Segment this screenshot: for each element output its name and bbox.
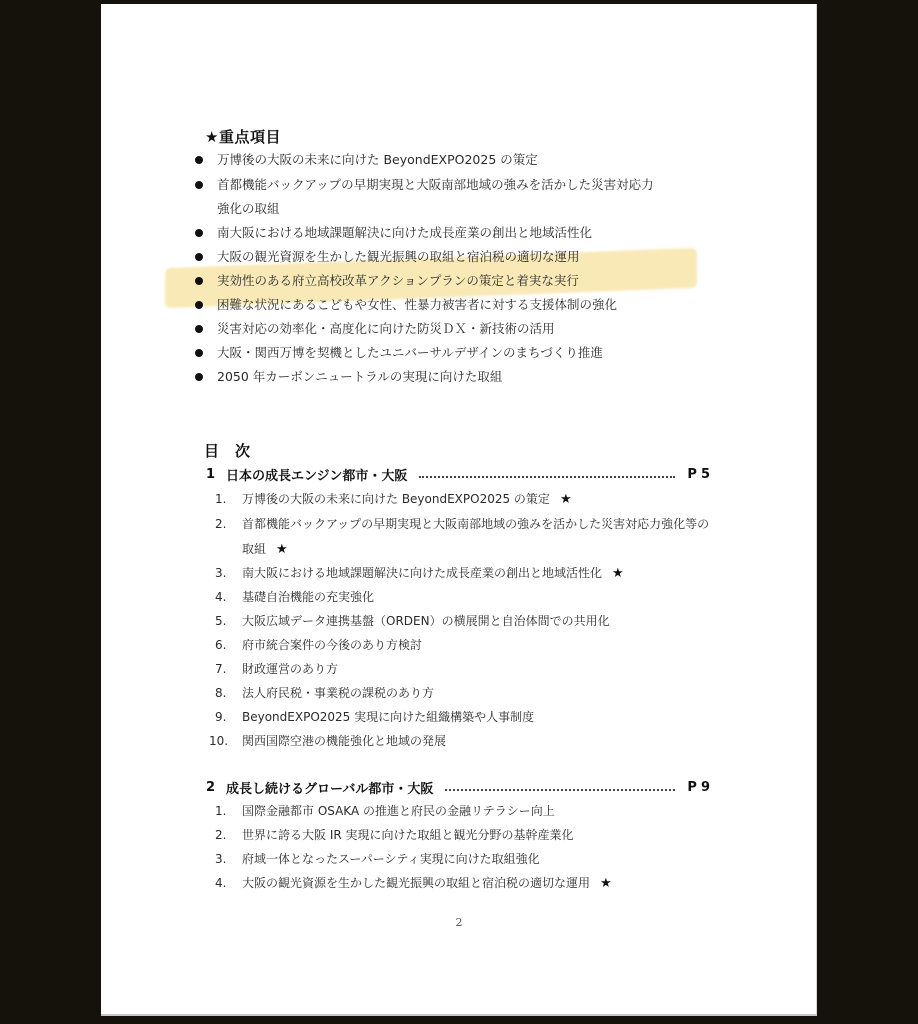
item-text: 世界に誇る大阪 IR 実現に向けた取組と観光分野の基幹産業化 (242, 828, 574, 842)
key-item-text: 困難な状況にあるこどもや女性、性暴力被害者に対する支援体制の強化 (217, 297, 617, 312)
item-text: 基礎自治機能の充実強化 (242, 590, 374, 604)
key-item-highlighted: 実効性のある府立高校改革アクションプランの策定と着実な実行 (217, 273, 579, 289)
item-text: 関西国際空港の機能強化と地域の発展 (242, 734, 446, 748)
key-item: 南大阪における地域課題解決に向けた成長産業の創出と地域活性化 (217, 225, 592, 241)
bullet-icon (195, 349, 203, 357)
chapter-title: 日本の成長エンジン都市・大阪 (226, 465, 407, 484)
item-text: 万博後の大阪の未来に向けた BeyondEXPO2025 の策定 (242, 492, 550, 506)
key-item-text: 万博後の大阪の未来に向けた BeyondEXPO2025 の策定 (217, 152, 538, 167)
document-page: ★重点項目 万博後の大阪の未来に向けた BeyondEXPO2025 の策定 首… (101, 4, 817, 1016)
key-item-text: 強化の取組 (217, 201, 280, 216)
item-number: 9. (215, 709, 242, 725)
page-number: 2 (101, 916, 817, 929)
toc-item[interactable]: 2.世界に誇る大阪 IR 実現に向けた取組と観光分野の基幹産業化 (215, 827, 574, 843)
item-number: 4. (215, 875, 242, 891)
toc-chapter-2[interactable]: 2 成長し続けるグローバル都市・大阪 P9 (206, 778, 714, 797)
item-text: 財政運営のあり方 (242, 662, 338, 676)
toc-item[interactable]: 10.関西国際空港の機能強化と地域の発展 (215, 733, 446, 749)
key-item: 2050 年カーボンニュートラルの実現に向けた取組 (217, 369, 502, 385)
bullet-icon (195, 373, 203, 381)
toc-item[interactable]: 5.大阪広域データ連携基盤（ORDEN）の横展開と自治体間での共用化 (215, 613, 610, 629)
item-text: 府域一体となったスーパーシティ実現に向けた取組強化 (242, 852, 540, 866)
toc-item[interactable]: 9.BeyondEXPO2025 実現に向けた組織構築や人事制度 (215, 709, 534, 725)
star-icon: ★ (600, 876, 612, 891)
leader-dots (445, 789, 675, 791)
item-number: 3. (215, 851, 242, 867)
item-number: 2. (215, 827, 242, 843)
item-text: 国際金融都市 OSAKA の推進と府民の金融リテラシー向上 (242, 804, 555, 818)
toc-item[interactable]: 3.南大阪における地域課題解決に向けた成長産業の創出と地域活性化★ (215, 565, 624, 582)
key-item: 困難な状況にあるこどもや女性、性暴力被害者に対する支援体制の強化 (217, 297, 617, 313)
key-item-text: 南大阪における地域課題解決に向けた成長産業の創出と地域活性化 (217, 225, 592, 240)
star-icon: ★ (612, 566, 624, 581)
key-item-text: 2050 年カーボンニュートラルの実現に向けた取組 (217, 369, 502, 384)
toc-item[interactable]: 1.国際金融都市 OSAKA の推進と府民の金融リテラシー向上 (215, 803, 555, 819)
item-text: 法人府民税・事業税の課税のあり方 (242, 686, 434, 700)
key-item: 大阪・関西万博を契機としたユニバーサルデザインのまちづくり推進 (217, 345, 603, 361)
bullet-icon (195, 156, 203, 164)
key-item-continuation: 強化の取組 (217, 201, 280, 217)
key-item: 大阪の観光資源を生かした観光振興の取組と宿泊税の適切な運用 (217, 249, 580, 265)
bullet-icon (195, 181, 203, 189)
item-number: 4. (215, 589, 242, 605)
bullet-icon (195, 229, 203, 237)
item-number: 3. (215, 565, 242, 581)
toc-item[interactable]: 6.府市統合案件の今後のあり方検討 (215, 637, 422, 653)
bullet-icon (195, 325, 203, 333)
item-text: 大阪広域データ連携基盤（ORDEN）の横展開と自治体間での共用化 (242, 614, 610, 628)
key-item-text: 災害対応の効率化・高度化に向けた防災ＤＸ・新技術の活用 (217, 321, 555, 336)
key-item-text: 大阪の観光資源を生かした観光振興の取組と宿泊税の適切な運用 (217, 249, 580, 264)
item-text: 大阪の観光資源を生かした観光振興の取組と宿泊税の適切な運用 (242, 876, 590, 890)
key-item: 首都機能バックアップの早期実現と大阪南部地域の強みを活かした災害対応力 (217, 177, 654, 193)
key-item-text: 首都機能バックアップの早期実現と大阪南部地域の強みを活かした災害対応力 (217, 177, 654, 192)
bullet-icon (195, 277, 203, 285)
toc-item[interactable]: 2.首都機能バックアップの早期実現と大阪南部地域の強みを活かした災害対応力強化等… (215, 516, 709, 532)
item-text: 取組 (242, 542, 266, 556)
chapter-number: 1 (206, 467, 226, 482)
chapter-page-ref: P5 (687, 467, 714, 482)
toc-chapter-1[interactable]: 1 日本の成長エンジン都市・大阪 P5 (206, 465, 714, 484)
toc-item[interactable]: 4.基礎自治機能の充実強化 (215, 589, 374, 605)
toc-item[interactable]: 4.大阪の観光資源を生かした観光振興の取組と宿泊税の適切な運用★ (215, 875, 612, 892)
toc-item[interactable]: 8.法人府民税・事業税の課税のあり方 (215, 685, 434, 701)
star-icon: ★ (560, 492, 572, 507)
item-number: 2. (215, 516, 242, 532)
key-items-heading: ★重点項目 (205, 126, 281, 147)
item-number: 10. (209, 733, 242, 749)
bullet-icon (195, 301, 203, 309)
chapter-number: 2 (206, 780, 226, 795)
item-number: 8. (215, 685, 242, 701)
toc-item[interactable]: 1.万博後の大阪の未来に向けた BeyondEXPO2025 の策定★ (215, 491, 572, 508)
toc-item[interactable]: 7.財政運営のあり方 (215, 661, 338, 677)
toc-item-continuation[interactable]: 取組★ (242, 541, 288, 558)
leader-dots (419, 476, 675, 478)
bullet-icon (195, 253, 203, 261)
chapter-title: 成長し続けるグローバル都市・大阪 (226, 778, 433, 797)
item-text: 府市統合案件の今後のあり方検討 (242, 638, 422, 652)
chapter-page-ref: P9 (687, 780, 714, 795)
item-number: 6. (215, 637, 242, 653)
key-item-text: 大阪・関西万博を契機としたユニバーサルデザインのまちづくり推進 (217, 345, 603, 360)
toc-heading: 目 次 (204, 440, 251, 461)
key-item: 災害対応の効率化・高度化に向けた防災ＤＸ・新技術の活用 (217, 321, 555, 337)
item-text: BeyondEXPO2025 実現に向けた組織構築や人事制度 (242, 710, 534, 724)
key-item-text: 実効性のある府立高校改革アクションプランの策定と着実な実行 (217, 273, 579, 288)
item-text: 首都機能バックアップの早期実現と大阪南部地域の強みを活かした災害対応力強化等の (242, 517, 709, 531)
star-icon: ★ (276, 542, 288, 557)
toc-item[interactable]: 3.府域一体となったスーパーシティ実現に向けた取組強化 (215, 851, 540, 867)
item-text: 南大阪における地域課題解決に向けた成長産業の創出と地域活性化 (242, 566, 602, 580)
item-number: 7. (215, 661, 242, 677)
item-number: 1. (215, 803, 242, 819)
key-item: 万博後の大阪の未来に向けた BeyondEXPO2025 の策定 (217, 152, 538, 168)
item-number: 1. (215, 491, 242, 507)
item-number: 5. (215, 613, 242, 629)
